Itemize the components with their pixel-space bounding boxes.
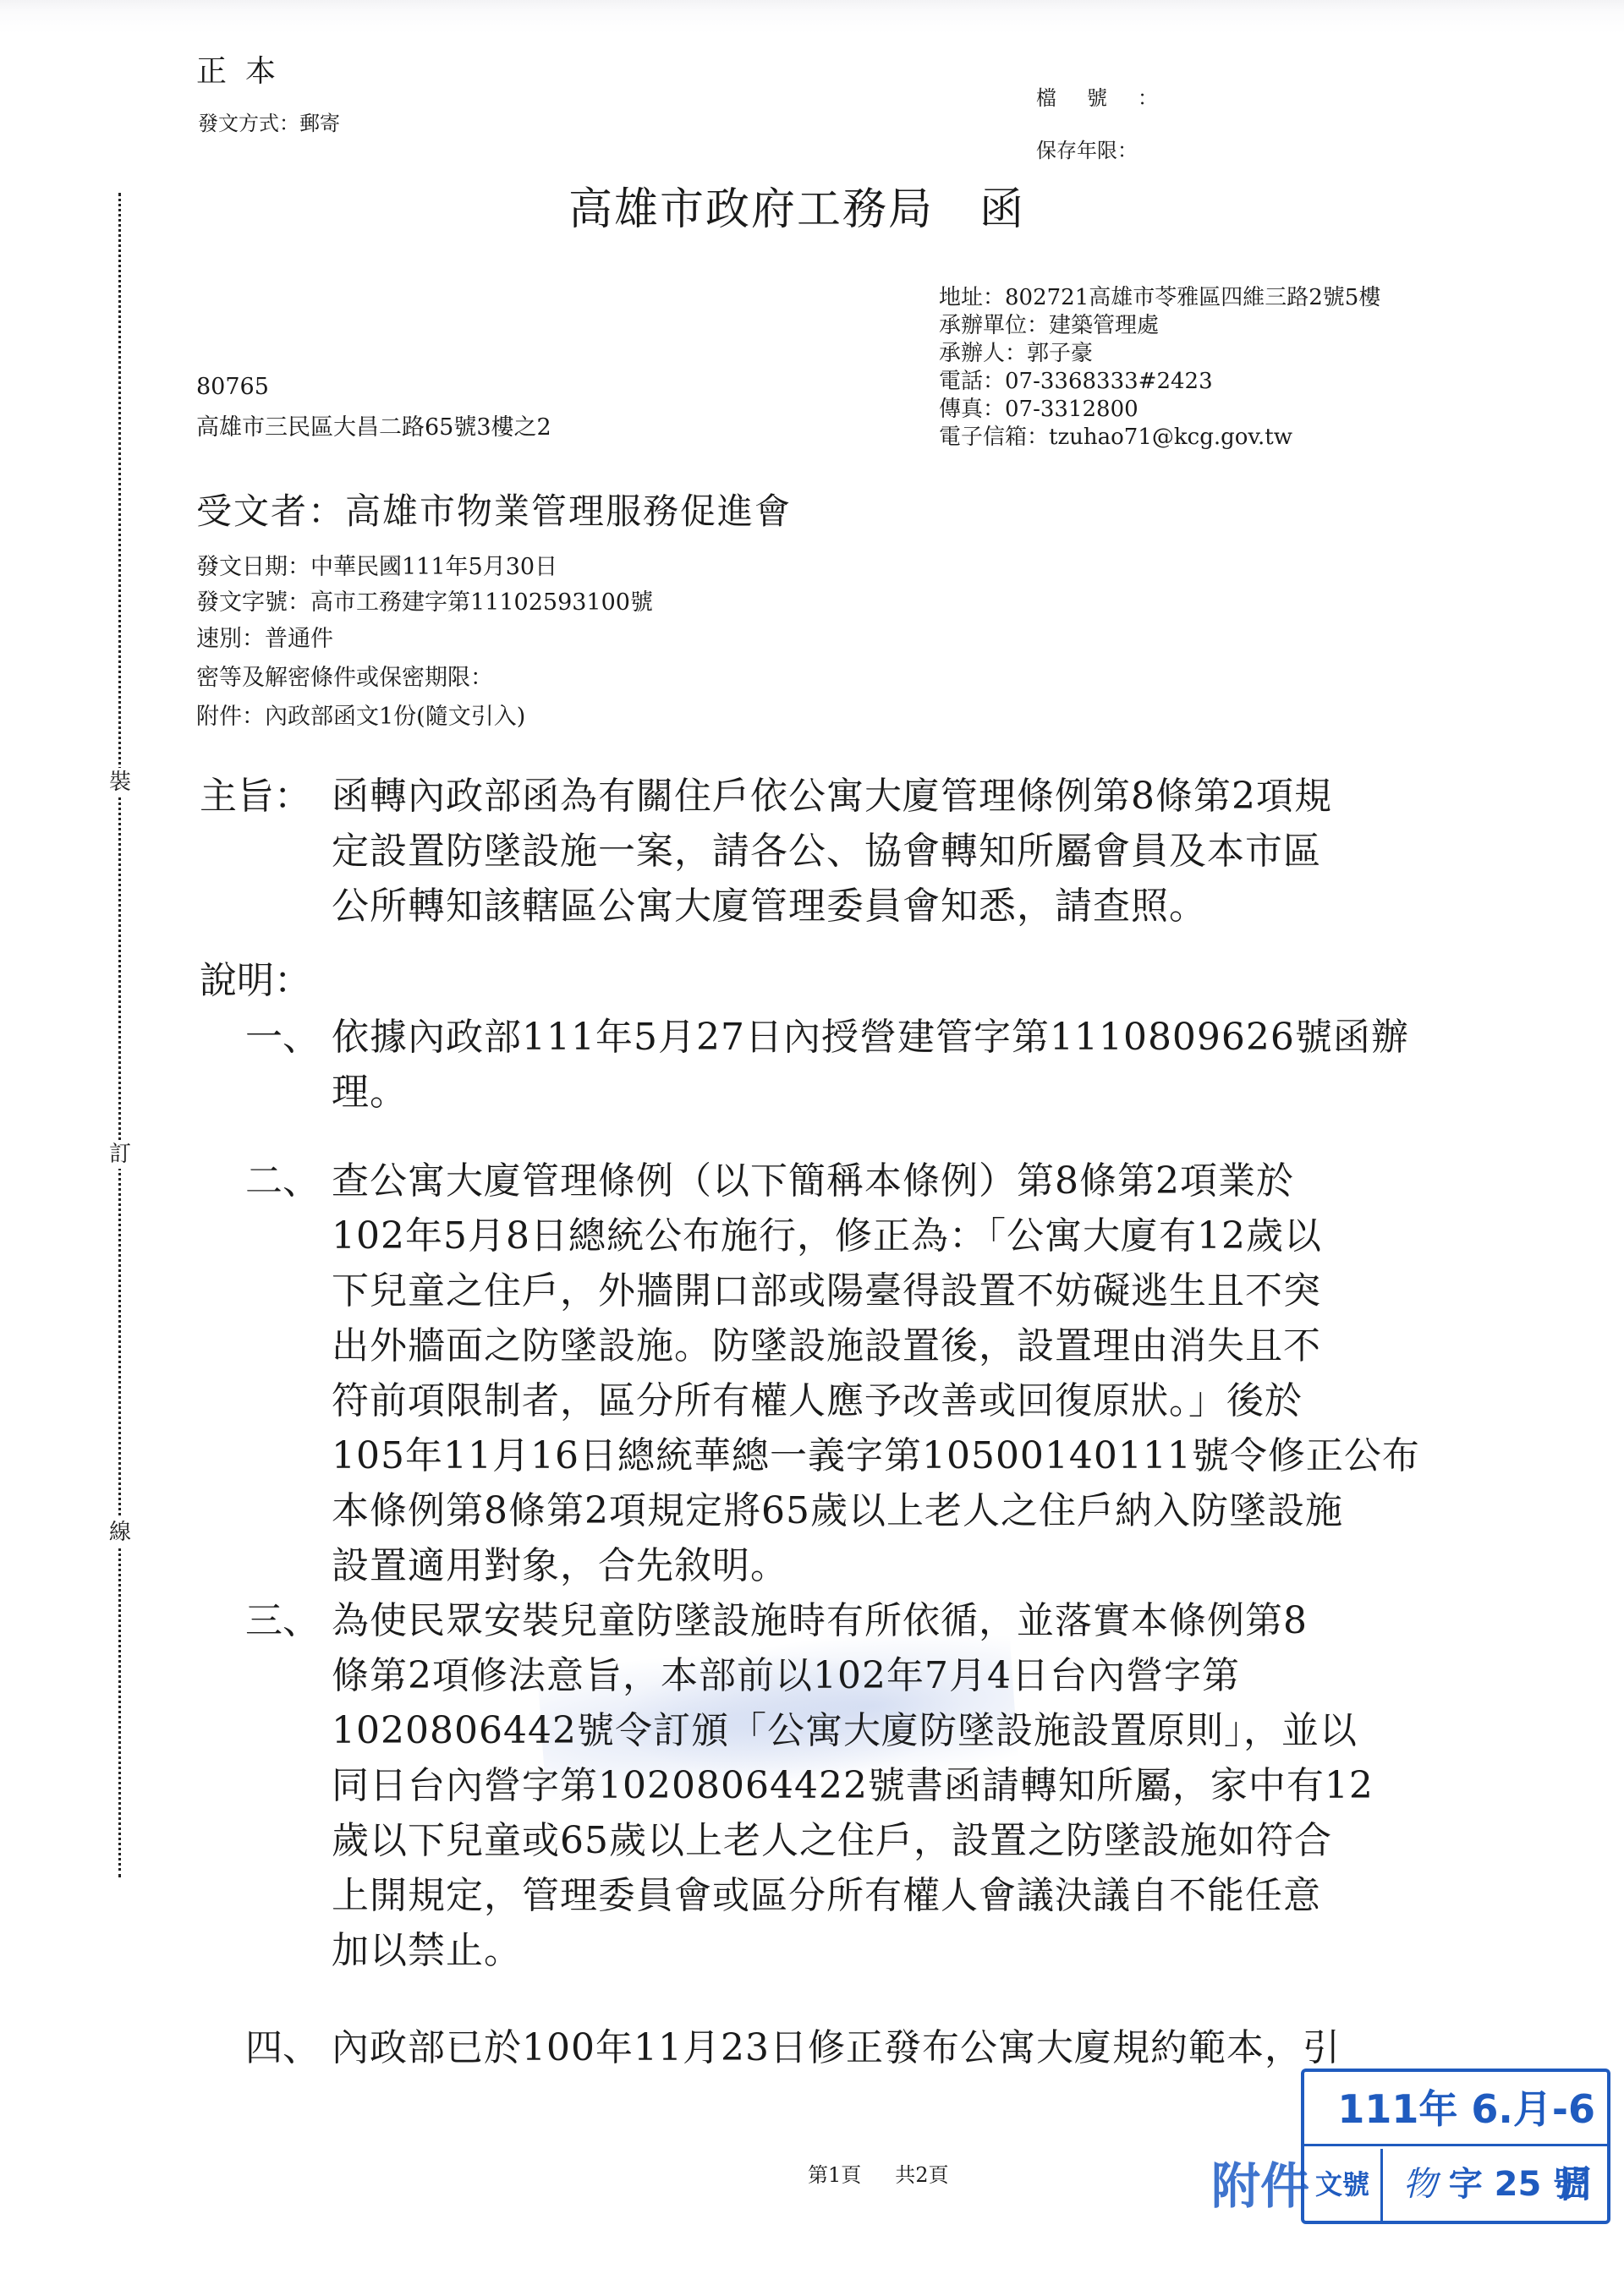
item-line: 理。 bbox=[332, 1061, 408, 1115]
subject-label: 主旨： bbox=[200, 765, 311, 819]
receipt-suffix: 號 bbox=[1553, 2165, 1587, 2204]
receipt-number-row: 文號 物 字 25 號 bbox=[1304, 2149, 1607, 2221]
contact-phone: 電話：07-3368333#2423 bbox=[939, 368, 1380, 396]
page-total: 共2頁 bbox=[895, 2163, 948, 2187]
item-line: 為使民眾安裝兒童防墜設施時有所依循，並落實本條例第8 bbox=[332, 1590, 1308, 1644]
retention-period: 保存年限： bbox=[1036, 134, 1138, 163]
item-line: 條第2項修法意旨，本部前以102年7月4日台內營字第 bbox=[332, 1645, 1240, 1699]
recipient-zip: 80765 bbox=[196, 374, 269, 400]
binding-line bbox=[118, 193, 121, 1877]
item-line: 上開規定，管理委員會或區分所有權人會議決議自不能任意 bbox=[332, 1865, 1321, 1919]
explanation-label: 說明： bbox=[200, 950, 311, 1004]
item-line: 內政部已於100年11月23日修正發布公寓大廈規約範本，引 bbox=[332, 2017, 1341, 2071]
contact-handler: 承辦人：郭子豪 bbox=[939, 340, 1380, 368]
document-number: 發文字號：高市工務建字第11102593100號 bbox=[196, 584, 653, 616]
binding-mark-ding: 訂 bbox=[107, 1140, 134, 1169]
item-line: 105年11月16日總統華總一義字第10500140111號令修正公布 bbox=[332, 1425, 1420, 1479]
receipt-number-label: 文號 bbox=[1304, 2149, 1383, 2221]
recipient-address: 高雄市三民區大昌二路65號3樓之2 bbox=[196, 408, 551, 441]
copy-mark: 正本 bbox=[196, 47, 294, 90]
issue-date: 發文日期：中華民國111年5月30日 bbox=[196, 548, 557, 581]
item-line: 102年5月8日總統公布施行，修正為：「公寓大廈有12歲以 bbox=[332, 1205, 1322, 1259]
file-number-colon: ： bbox=[1138, 86, 1158, 110]
receipt-number-value: 25 bbox=[1495, 2165, 1542, 2204]
file-number-label: 檔號 bbox=[1036, 86, 1138, 110]
priority: 速別：普通件 bbox=[196, 620, 333, 653]
send-method: 發文方式：郵寄 bbox=[198, 107, 340, 136]
item-marker: 三、 bbox=[245, 1590, 320, 1644]
document-page: 裝 訂 線 正本 發文方式：郵寄 檔號： 保存年限： 高雄市政府工務局函 地址：… bbox=[0, 0, 1624, 2296]
contact-unit: 承辦單位：建築管理處 bbox=[939, 312, 1380, 340]
receipt-number: 物 字 25 號 bbox=[1383, 2149, 1607, 2221]
item-line: 出外牆面之防墜設施。防墜設施設置後，設置理由消失且不 bbox=[332, 1315, 1321, 1369]
receipt-date: 111年 6.月-6日 bbox=[1304, 2072, 1607, 2146]
subject-line: 定設置防墜設施一案，請各公、協會轉知所屬會員及本市區 bbox=[332, 820, 1321, 874]
page-number: 第1頁 bbox=[808, 2163, 861, 2187]
subject-line: 公所轉知該轄區公寓大廈管理委員會知悉，請查照。 bbox=[332, 875, 1207, 929]
contact-address: 地址：802721高雄市苓雅區四維三路2號5樓 bbox=[939, 284, 1380, 312]
item-line: 設置適用對象，合先敘明。 bbox=[332, 1535, 788, 1589]
item-marker: 二、 bbox=[245, 1150, 320, 1204]
item-line: 依據內政部111年5月27日內授營建管字第1110809626號函辦 bbox=[332, 1006, 1409, 1060]
receipt-stamp: 111年 6.月-6日 文號 物 字 25 號 bbox=[1301, 2069, 1610, 2224]
item-marker: 一、 bbox=[245, 1006, 320, 1060]
item-line: 符前項限制者，區分所有權人應予改善或回復原狀。」後於 bbox=[332, 1370, 1303, 1424]
file-number: 檔號： bbox=[1036, 81, 1158, 111]
contact-block: 地址：802721高雄市苓雅區四維三路2號5樓 承辦單位：建築管理處 承辦人：郭… bbox=[939, 284, 1380, 452]
receipt-word: 字 bbox=[1449, 2165, 1483, 2204]
item-marker: 四、 bbox=[245, 2017, 320, 2071]
item-line: 查公寓大廈管理條例（以下簡稱本條例）第8條第2項業於 bbox=[332, 1150, 1294, 1204]
attachment-info: 附件：內政部函文1份(隨文引入) bbox=[196, 698, 525, 731]
item-line: 下兒童之住戶，外牆開口部或陽臺得設置不妨礙逃生且不突 bbox=[332, 1260, 1321, 1314]
handwritten-word: 物 bbox=[1403, 2165, 1437, 2204]
binding-mark-xian: 線 bbox=[107, 1518, 134, 1547]
document-type: 函 bbox=[979, 184, 1025, 235]
addressee: 受文者：高雄市物業管理服務促進會 bbox=[196, 484, 792, 534]
contact-email[interactable]: 電子信箱：tzuhao71@kcg.gov.tw bbox=[939, 424, 1380, 452]
attachment-stamp: 附件 bbox=[1211, 2146, 1309, 2217]
subject-line: 函轉內政部函為有關住戶依公寓大廈管理條例第8條第2項規 bbox=[332, 765, 1332, 819]
item-line: 1020806442號令訂頒「公寓大廈防墜設施設置原則」，並以 bbox=[332, 1700, 1358, 1754]
classification: 密等及解密條件或保密期限： bbox=[196, 659, 493, 692]
item-line: 本條例第8條第2項規定將65歲以上老人之住戶納入防墜設施 bbox=[332, 1480, 1343, 1534]
issuer-name: 高雄市政府工務局 bbox=[568, 184, 934, 235]
document-title: 高雄市政府工務局函 bbox=[568, 173, 1025, 237]
binding-mark-zhuang: 裝 bbox=[107, 768, 134, 797]
item-line: 加以禁止。 bbox=[332, 1920, 522, 1974]
contact-fax: 傳真：07-3312800 bbox=[939, 396, 1380, 424]
item-line: 同日台內營字第10208064422號書函請轉知所屬，家中有12 bbox=[332, 1755, 1374, 1809]
item-line: 歲以下兒童或65歲以上老人之住戶，設置之防墜設施如符合 bbox=[332, 1810, 1332, 1864]
page-footer: 第1頁共2頁 bbox=[808, 2158, 949, 2188]
